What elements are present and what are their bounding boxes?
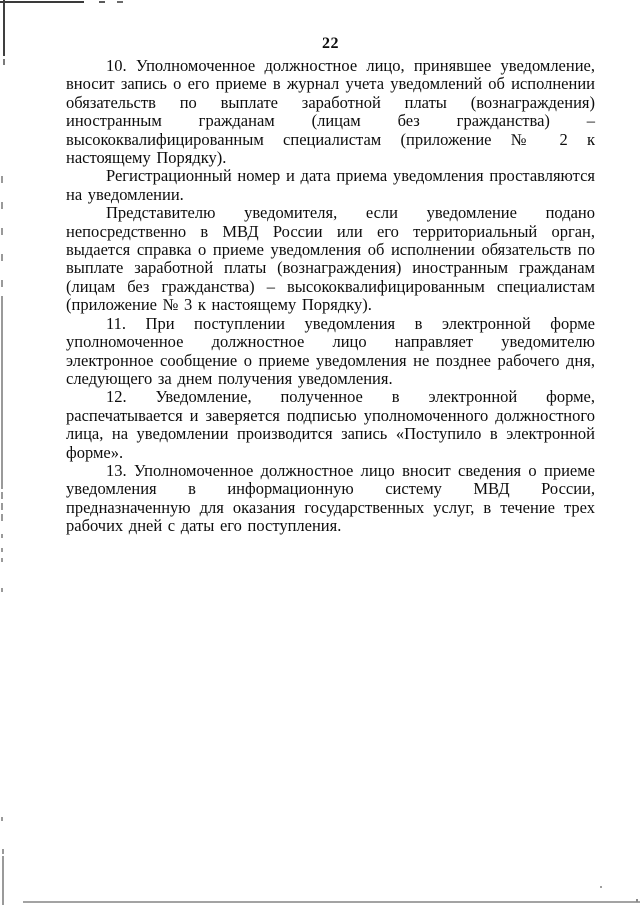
scan-artifact-left-line — [1, 296, 3, 489]
scan-artifact-left-dashes — [1, 492, 3, 522]
paragraph-item-13: 13. Уполномоченное должностное лицо внос… — [66, 462, 595, 536]
scan-artifact-bottom-line — [23, 901, 640, 903]
scan-artifact-dot — [1, 817, 3, 821]
scan-artifact-left-dashes — [1, 176, 3, 298]
scan-artifact-top-line — [0, 1, 84, 3]
scan-artifact-top-dash — [99, 1, 105, 3]
paragraph-item-11: 11. При поступлении уведомления в электр… — [66, 315, 595, 389]
scan-artifact-dot — [1, 588, 3, 592]
scan-artifact-dot — [1, 558, 3, 562]
paragraph-registration-note: Регистрационный номер и дата приема увед… — [66, 167, 595, 204]
scanned-document-page: 22 10. Уполномоченное должностное лицо, … — [0, 0, 640, 905]
scan-artifact-left-bottom-line — [2, 856, 4, 905]
document-text-block: 10. Уполномоченное должностное лицо, при… — [66, 57, 595, 536]
scan-artifact-dot — [1, 548, 3, 552]
paragraph-item-10: 10. Уполномоченное должностное лицо, при… — [66, 57, 595, 167]
page-number: 22 — [66, 35, 595, 53]
scan-artifact-left-top-line — [3, 0, 5, 56]
scan-artifact-left-dash — [2, 849, 4, 854]
scan-artifact-dot — [1, 534, 3, 538]
paragraph-item-12: 12. Уведомление, полученное в электронно… — [66, 388, 595, 462]
scan-artifact-speck — [600, 886, 602, 888]
scan-artifact-speck — [636, 899, 638, 902]
scan-artifact-left-dash — [3, 59, 5, 65]
scan-artifact-top-dash — [117, 1, 123, 3]
paragraph-representative: Представителю уведомителя, если уведомле… — [66, 204, 595, 314]
